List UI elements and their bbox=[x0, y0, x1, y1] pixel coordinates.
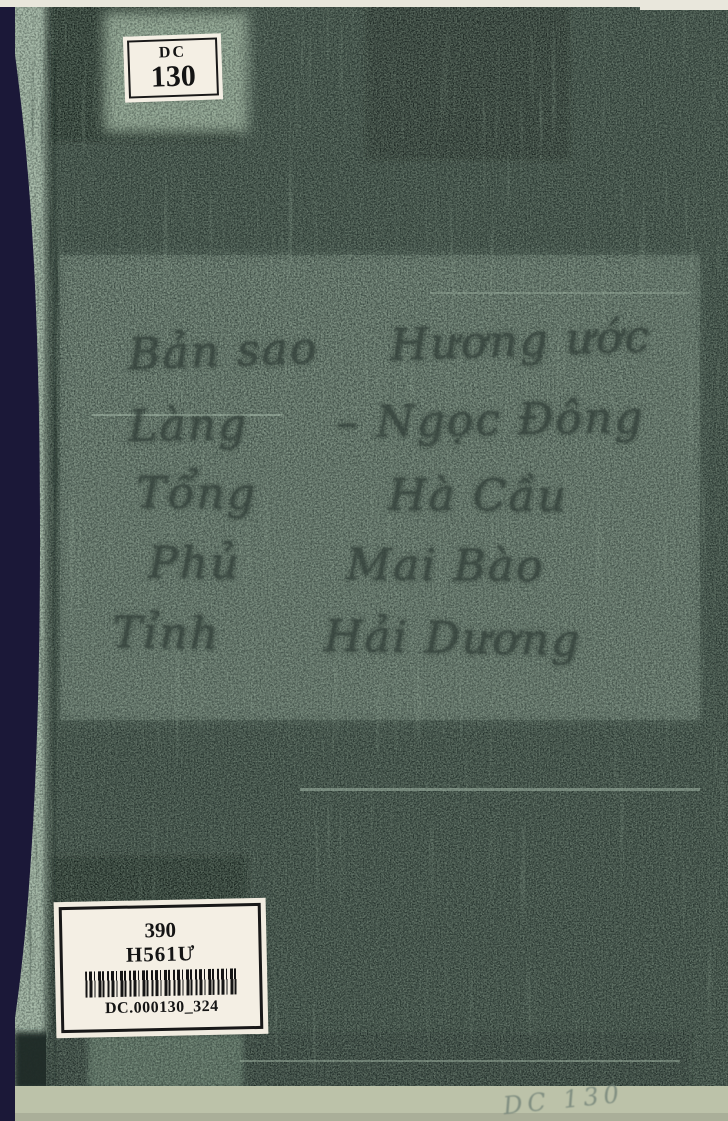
call-number-sticker: DC 130 bbox=[127, 37, 219, 98]
barcode bbox=[85, 969, 238, 998]
cutter-number: H561Ư bbox=[69, 941, 253, 968]
barcode-number: DC.000130_324 bbox=[70, 997, 254, 1018]
library-barcode-sticker: 390 H561Ư DC.000130_324 bbox=[59, 903, 264, 1033]
classification-number: 390 bbox=[68, 917, 252, 944]
scanned-cover-page: Bản sao Hương ước Làng – Ngọc Đông Tổng … bbox=[0, 0, 728, 1121]
call-number-value: 130 bbox=[130, 60, 217, 93]
